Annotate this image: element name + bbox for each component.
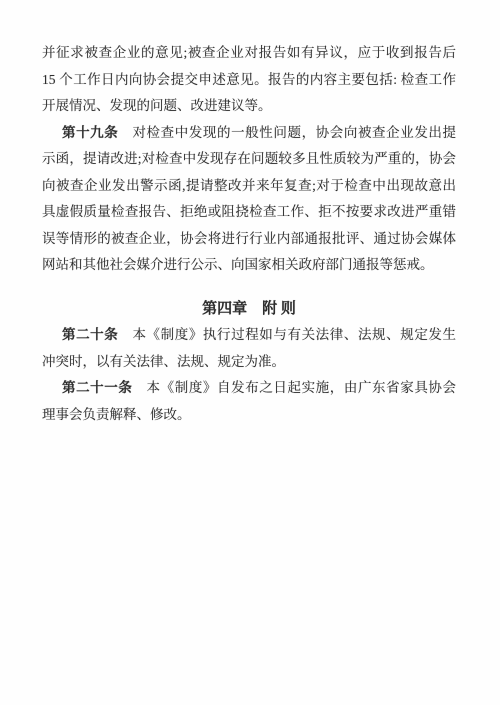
article-19-first-line-text: 对检查中发现的一般性问题，协会向被查企业发出提 — [118, 125, 456, 140]
text-line: 网站和其他社会媒介进行公示、向国家相关政府部门通报等惩戒。 — [42, 252, 456, 279]
text-line: 第二十条 本《制度》执行过程如与有关法律、法规、规定发生 — [42, 322, 456, 349]
text-line: 示函，提请改进;对检查中发现存在问题较多且性质较为严重的，协会 — [42, 146, 456, 173]
paragraph-intro: 并征求被查企业的意见;被查企业对报告如有异议，应于收到报告后 15 个工作日内向… — [42, 40, 456, 120]
text-line: 向被查企业发出警示函,提请整改并来年复查;对于检查中出现故意出 — [42, 173, 456, 200]
text-line: 冲突时，以有关法律、法规、规定为准。 — [42, 349, 456, 376]
paragraph-article-19: 第十九条 对检查中发现的一般性问题，协会向被查企业发出提 示函，提请改进;对检查… — [42, 120, 456, 279]
paragraph-article-20: 第二十条 本《制度》执行过程如与有关法律、法规、规定发生 冲突时，以有关法律、法… — [42, 322, 456, 375]
document-page: 并征求被查企业的意见;被查企业对报告如有异议，应于收到报告后 15 个工作日内向… — [0, 0, 500, 705]
text-line: 具虚假质量检查报告、拒绝或阻挠检查工作、拒不按要求改进严重错 — [42, 199, 456, 226]
text-line: 误等情形的被查企业，协会将进行行业内部通报批评、通过协会媒体 — [42, 226, 456, 253]
text-line: 第十九条 对检查中发现的一般性问题，协会向被查企业发出提 — [42, 120, 456, 147]
text-line: 并征求被查企业的意见;被查企业对报告如有异议，应于收到报告后 — [42, 40, 456, 67]
text-line: 理事会负责解释、修改。 — [42, 402, 456, 429]
chapter-4-heading: 第四章 附 则 — [42, 296, 456, 323]
article-21-term: 第二十一条 — [62, 380, 132, 395]
paragraph-article-21: 第二十一条 本《制度》自发布之日起实施，由广东省家具协会 理事会负责解释、修改。 — [42, 375, 456, 428]
article-20-first-line-text: 本《制度》执行过程如与有关法律、法规、规定发生 — [118, 327, 456, 342]
article-19-term: 第十九条 — [62, 125, 118, 140]
article-20-term: 第二十条 — [62, 327, 118, 342]
text-line: 第二十一条 本《制度》自发布之日起实施，由广东省家具协会 — [42, 375, 456, 402]
document-text-block: 并征求被查企业的意见;被查企业对报告如有异议，应于收到报告后 15 个工作日内向… — [42, 40, 456, 428]
text-line: 开展情况、发现的问题、改进建议等。 — [42, 93, 456, 120]
text-line: 15 个工作日内向协会提交申述意见。报告的内容主要包括: 检查工作 — [42, 67, 456, 94]
article-21-first-line-text: 本《制度》自发布之日起实施，由广东省家具协会 — [132, 380, 456, 395]
